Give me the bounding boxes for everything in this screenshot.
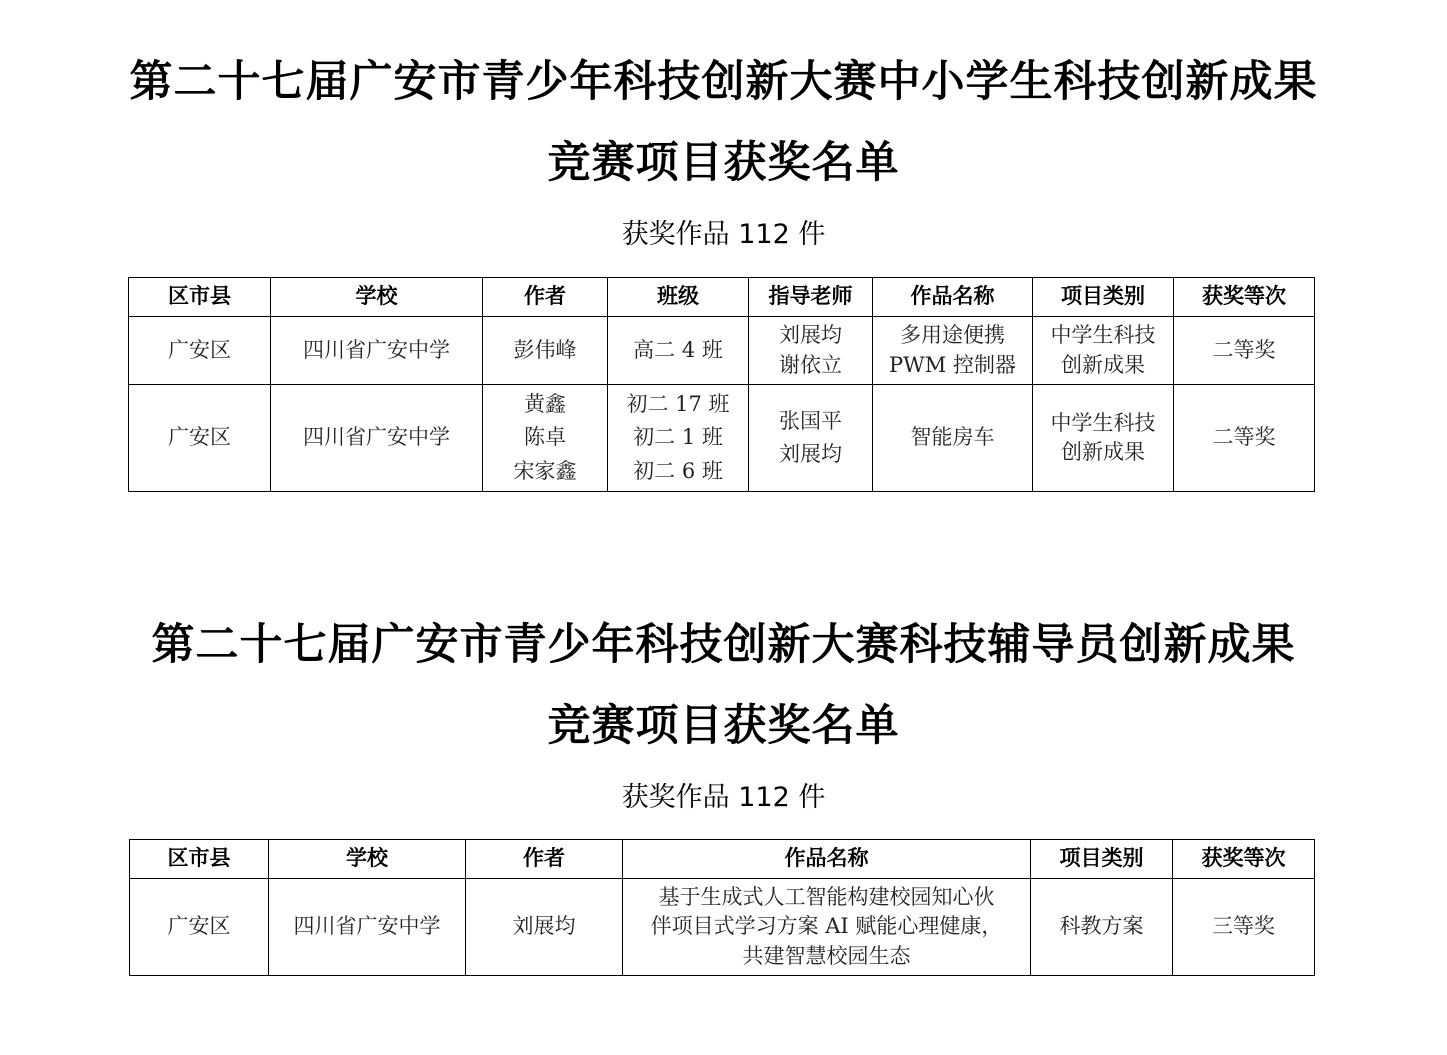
section2-title-line2: 竞赛项目获奖名单 [0, 705, 1447, 748]
category-line: 中学生科技 [1033, 321, 1173, 350]
cell-category: 科教方案 [1031, 879, 1173, 976]
cell-work: 多用途便携 PWM 控制器 [873, 317, 1033, 385]
header-advisor: 指导老师 [749, 278, 873, 317]
header-school: 学校 [271, 278, 483, 317]
header-work: 作品名称 [873, 278, 1033, 317]
cell-district: 广安区 [130, 879, 269, 976]
cell-district: 广安区 [129, 317, 271, 385]
cell-award: 二等奖 [1174, 385, 1315, 492]
author-name: 黄鑫 [483, 388, 607, 422]
table-row: 广安区 四川省广安中学 黄鑫 陈卓 宋家鑫 初二 17 班 初二 1 班 初二 … [129, 385, 1315, 492]
cell-advisor: 张国平 刘展均 [749, 385, 873, 492]
class-name: 初二 17 班 [608, 388, 748, 422]
header-category: 项目类别 [1031, 840, 1173, 879]
cell-class: 高二 4 班 [608, 317, 749, 385]
section2-title-line1: 第二十七届广安市青少年科技创新大赛科技辅导员创新成果 [0, 624, 1447, 667]
table-row: 广安区 四川省广安中学 彭伟峰 高二 4 班 刘展均 谢依立 多用途便携 PWM… [129, 317, 1315, 385]
author-name: 宋家鑫 [483, 455, 607, 489]
cell-advisor: 刘展均 谢依立 [749, 317, 873, 385]
advisor-name: 谢依立 [749, 351, 872, 380]
work-title-line: 智能房车 [873, 423, 1032, 452]
advisor-name: 刘展均 [749, 438, 872, 471]
work-title-line: 多用途便携 [873, 321, 1032, 350]
header-work: 作品名称 [623, 840, 1031, 879]
cell-work: 智能房车 [873, 385, 1033, 492]
header-school: 学校 [269, 840, 466, 879]
table-header-row: 区市县 学校 作者 作品名称 项目类别 获奖等次 [130, 840, 1315, 879]
cell-school: 四川省广安中学 [271, 317, 483, 385]
cell-category: 中学生科技 创新成果 [1033, 317, 1174, 385]
cell-author: 黄鑫 陈卓 宋家鑫 [483, 385, 608, 492]
category-line: 创新成果 [1033, 351, 1173, 380]
class-name: 初二 6 班 [608, 455, 748, 489]
section2-subtitle: 获奖作品 112 件 [0, 784, 1447, 811]
section1-title-line2: 竞赛项目获奖名单 [0, 142, 1447, 185]
advisor-name: 张国平 [749, 405, 872, 438]
cell-award: 二等奖 [1174, 317, 1315, 385]
work-title-line: 伴项目式学习方案 AI 赋能心理健康， [623, 912, 1030, 941]
class-name: 初二 1 班 [608, 421, 748, 455]
section2-award-table: 区市县 学校 作者 作品名称 项目类别 获奖等次 广安区 四川省广安中学 刘展均… [129, 839, 1315, 976]
section1-subtitle: 获奖作品 112 件 [0, 221, 1447, 248]
cell-school: 四川省广安中学 [271, 385, 483, 492]
table-row: 广安区 四川省广安中学 刘展均 基于生成式人工智能构建校园知心伙 伴项目式学习方… [130, 879, 1315, 976]
cell-category: 中学生科技 创新成果 [1033, 385, 1174, 492]
table-header-row: 区市县 学校 作者 班级 指导老师 作品名称 项目类别 获奖等次 [129, 278, 1315, 317]
header-author: 作者 [466, 840, 623, 879]
cell-author: 刘展均 [466, 879, 623, 976]
cell-work: 基于生成式人工智能构建校园知心伙 伴项目式学习方案 AI 赋能心理健康， 共建智… [623, 879, 1031, 976]
header-award: 获奖等次 [1174, 278, 1315, 317]
header-category: 项目类别 [1033, 278, 1174, 317]
author-name: 陈卓 [483, 421, 607, 455]
work-title-line: 基于生成式人工智能构建校园知心伙 [623, 883, 1030, 912]
advisor-name: 刘展均 [749, 321, 872, 350]
section1-award-table: 区市县 学校 作者 班级 指导老师 作品名称 项目类别 获奖等次 广安区 四川省… [128, 277, 1315, 492]
header-class: 班级 [608, 278, 749, 317]
header-district: 区市县 [129, 278, 271, 317]
class-name: 高二 4 班 [608, 336, 748, 365]
cell-district: 广安区 [129, 385, 271, 492]
header-author: 作者 [483, 278, 608, 317]
cell-author: 彭伟峰 [483, 317, 608, 385]
cell-award: 三等奖 [1173, 879, 1315, 976]
cell-class: 初二 17 班 初二 1 班 初二 6 班 [608, 385, 749, 492]
header-award: 获奖等次 [1173, 840, 1315, 879]
work-title-line: PWM 控制器 [873, 351, 1032, 380]
header-district: 区市县 [130, 840, 269, 879]
category-line: 中学生科技 [1033, 409, 1173, 438]
work-title-line: 共建智慧校园生态 [623, 942, 1030, 971]
cell-school: 四川省广安中学 [269, 879, 466, 976]
category-line: 创新成果 [1033, 438, 1173, 467]
author-name: 彭伟峰 [483, 336, 607, 365]
section1-title-line1: 第二十七届广安市青少年科技创新大赛中小学生科技创新成果 [0, 61, 1447, 104]
